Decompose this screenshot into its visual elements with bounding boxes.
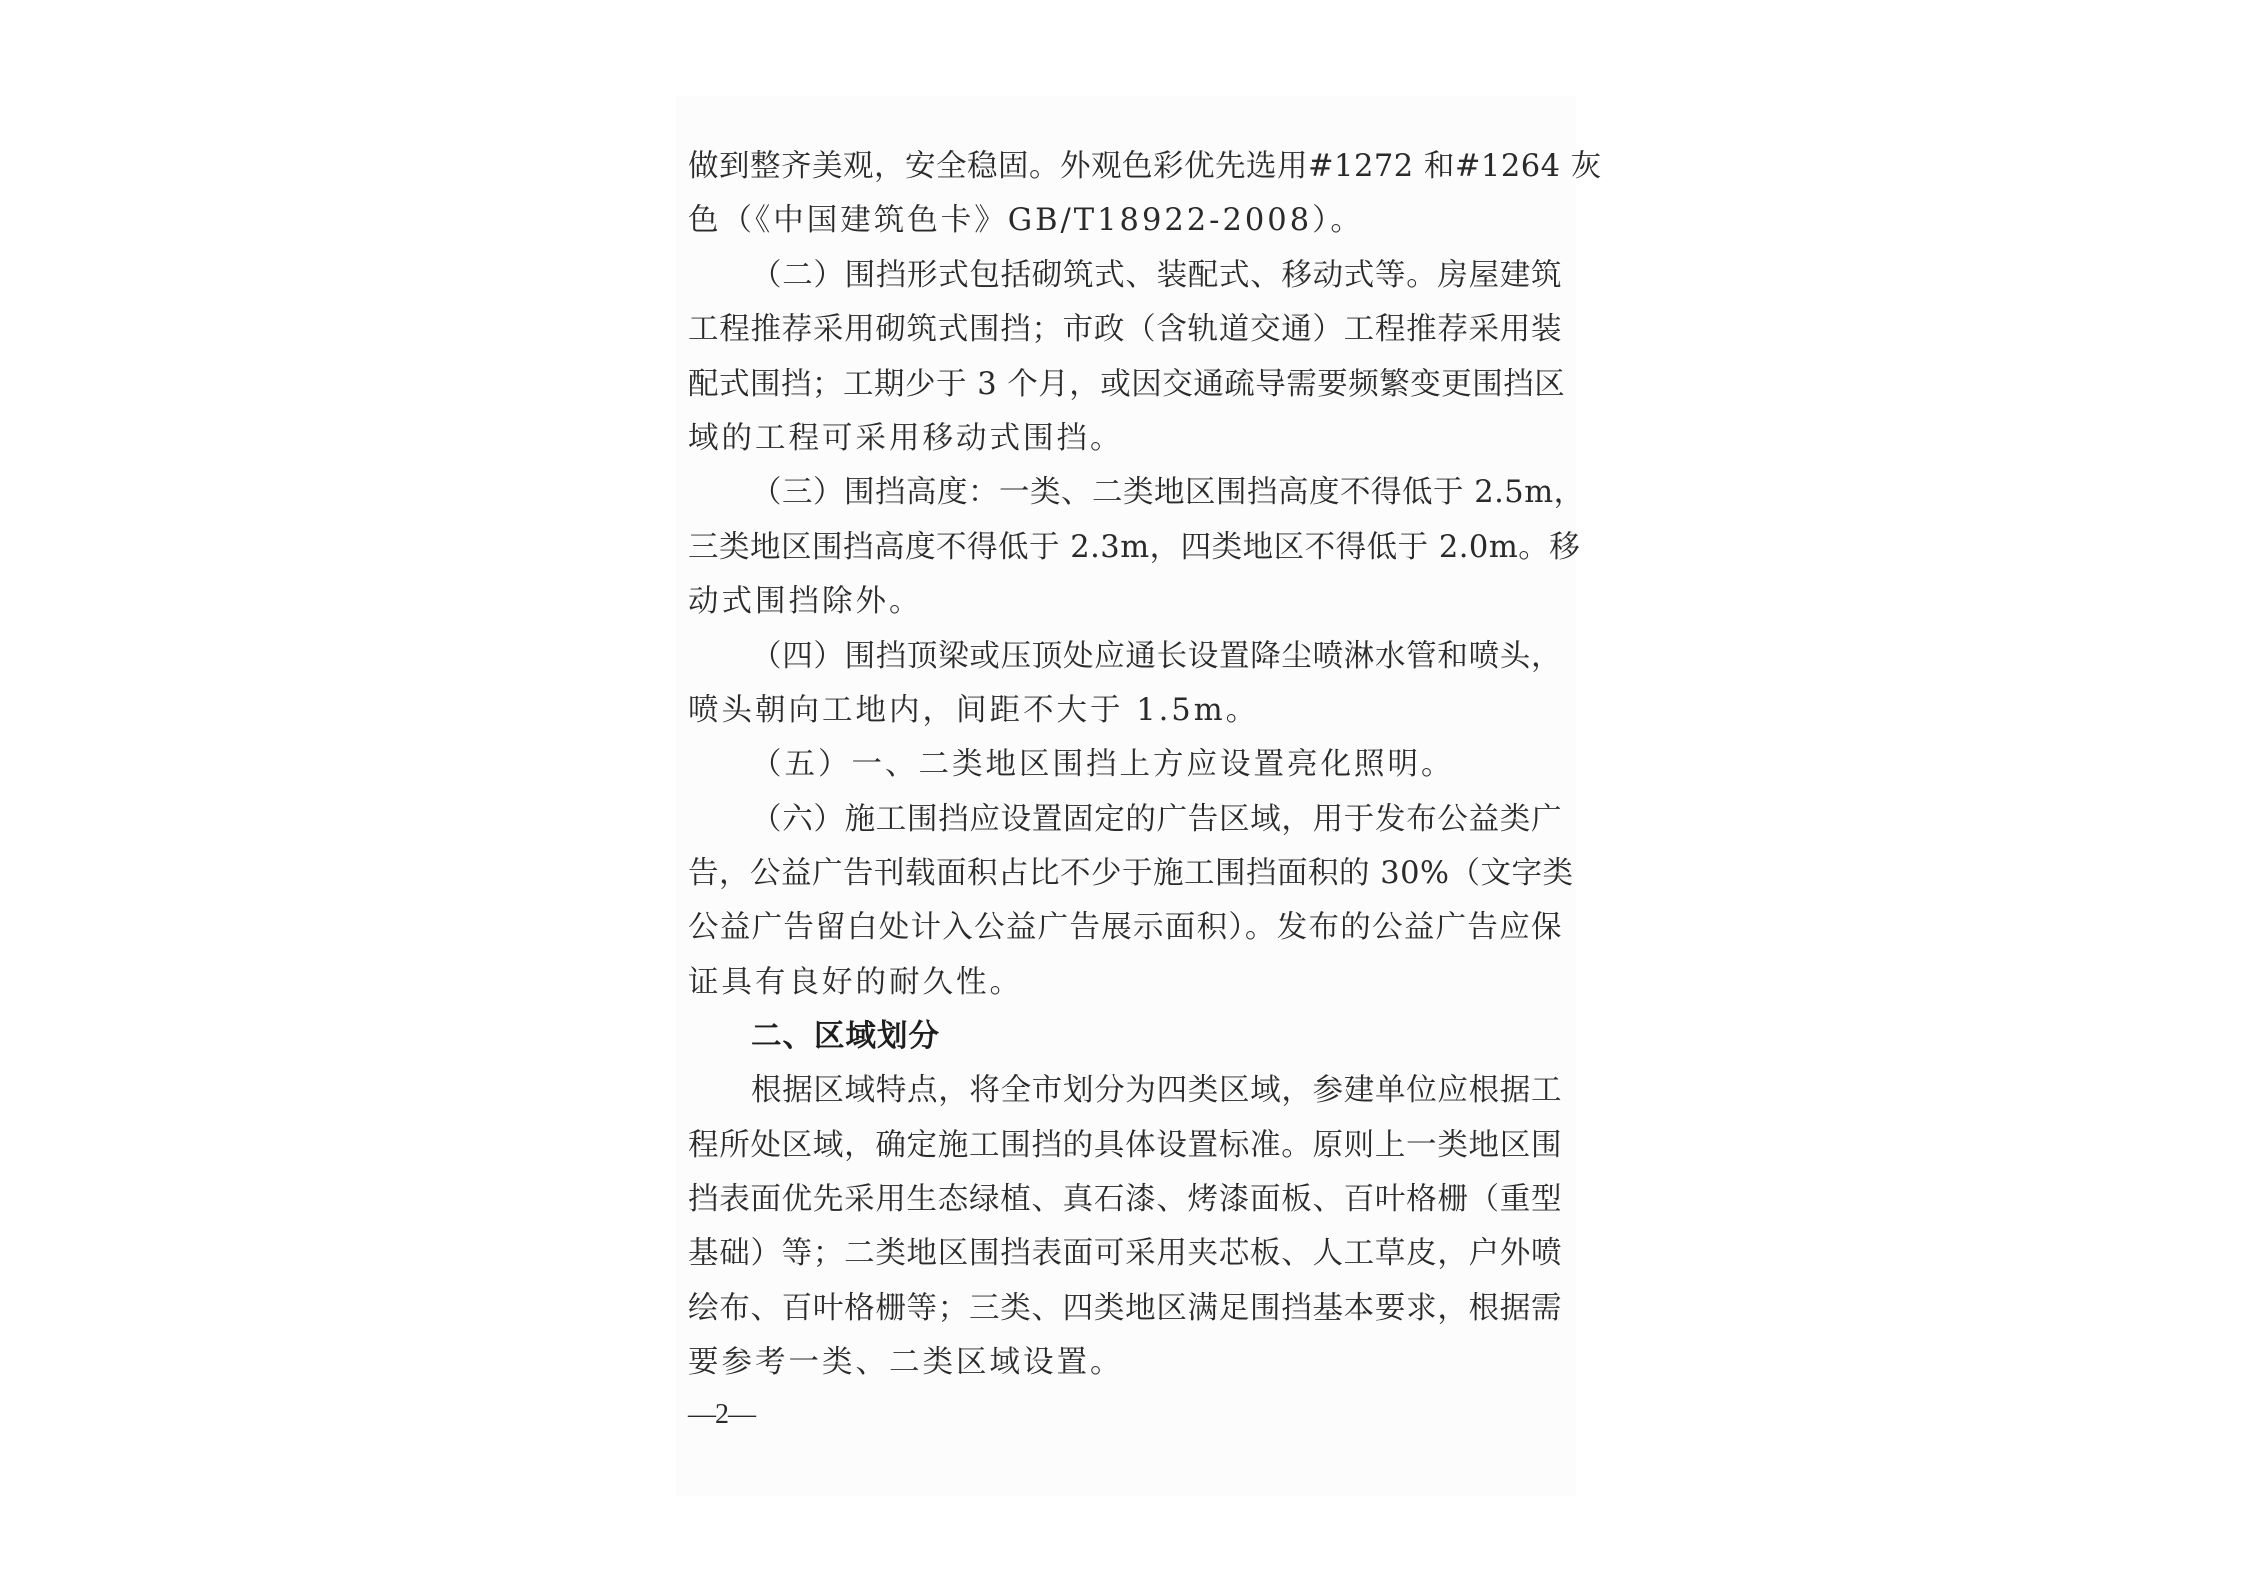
text-line: 配式围挡；工期少于 3 个月，或因交通疏导需要频繁变更围挡区 (688, 358, 1562, 412)
text-line: 要参考一类、二类区域设置。 (688, 1336, 1562, 1390)
text-line: 根据区域特点，将全市划分为四类区域，参建单位应根据工 (688, 1064, 1562, 1118)
text-line: 告，公益广告刊载面积占比不少于施工围挡面积的 30%（文字类 (688, 847, 1562, 901)
text-line: （四）围挡顶梁或压顶处应通长设置降尘喷淋水管和喷头， (688, 630, 1562, 684)
text-line: 基础）等；二类地区围挡表面可采用夹芯板、人工草皮，户外喷 (688, 1227, 1562, 1281)
text-line: 动式围挡除外。 (688, 575, 1562, 629)
text-line: 三类地区围挡高度不得低于 2.3m，四类地区不得低于 2.0m。移 (688, 521, 1562, 575)
text-line: （三）围挡高度：一类、二类地区围挡高度不得低于 2.5m， (688, 466, 1562, 520)
text-line: （六）施工围挡应设置固定的广告区域，用于发布公益类广 (688, 793, 1562, 847)
section-heading: 二、区域划分 (688, 1010, 1562, 1064)
text-line: 工程推荐采用砌筑式围挡；市政（含轨道交通）工程推荐采用装 (688, 303, 1562, 357)
text-line: 做到整齐美观，安全稳固。外观色彩优先选用#1272 和#1264 灰 (688, 140, 1562, 194)
text-line: 证具有良好的耐久性。 (688, 956, 1562, 1010)
text-line: （二）围挡形式包括砌筑式、装配式、移动式等。房屋建筑 (688, 249, 1562, 303)
text-line: 喷头朝向工地内，间距不大于 1.5m。 (688, 684, 1562, 738)
text-line: 绘布、百叶格栅等；三类、四类地区满足围挡基本要求，根据需 (688, 1282, 1562, 1336)
text-line: （五）一、二类地区围挡上方应设置亮化照明。 (688, 738, 1562, 792)
text-line: 域的工程可采用移动式围挡。 (688, 412, 1562, 466)
text-line: 挡表面优先采用生态绿植、真石漆、烤漆面板、百叶格栅（重型 (688, 1173, 1562, 1227)
text-line: 程所处区域，确定施工围挡的具体设置标准。原则上一类地区围 (688, 1119, 1562, 1173)
page-number: —2— (688, 1395, 755, 1435)
text-line: 公益广告留白处计入公益广告展示面积）。发布的公益广告应保 (688, 901, 1562, 955)
text-line: 色（《中国建筑色卡》GB/T18922-2008）。 (688, 194, 1562, 248)
